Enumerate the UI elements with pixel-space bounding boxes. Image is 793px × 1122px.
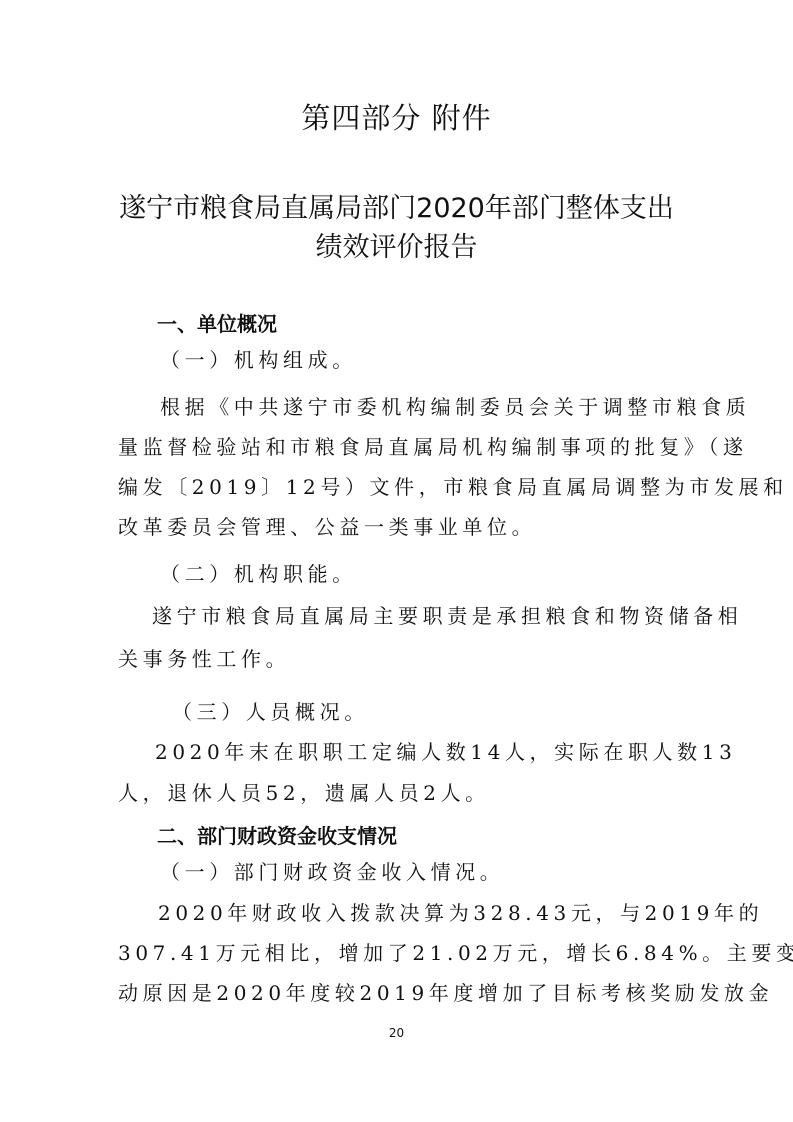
report-title-line1: 遂宁市粮食局直属局部门2020年部门整体支出 (0, 186, 793, 225)
report-title-line2: 绩效评价报告 (0, 225, 793, 264)
paragraph-line: 2020年末在职职工定编人数14人，实际在职人数13 (155, 736, 736, 765)
paragraph-line: 编发〔2019〕12号）文件，市粮食局直属局调整为市发展和 (118, 471, 788, 500)
paragraph-line: 307.41万元相比，增加了21.02万元，增长6.84%。主要变 (118, 937, 793, 966)
paragraph-line: 关事务性工作。 (118, 643, 290, 672)
subsection-heading: （一）机构组成。 (160, 344, 357, 373)
paragraph-line: 根据《中共遂宁市委机构编制委员会关于调整市粮食质 (160, 391, 750, 420)
section-heading: 二、部门财政资金收支情况 (157, 820, 397, 849)
paragraph-line: 人，退休人员52，遗属人员2人。 (118, 777, 490, 806)
paragraph-line: 2020年财政收入拨款决算为328.43元，与2019年的 (158, 897, 763, 926)
paragraph-line: 量监督检验站和市粮食局直属局机构编制事项的批复》（遂 (118, 431, 748, 460)
subsection-heading: （二）机构职能。 (160, 558, 357, 587)
subsection-heading: （一）部门财政资金收入情况。 (160, 856, 504, 885)
paragraph-line: 改革委员会管理、公益一类事业单位。 (118, 511, 536, 540)
paragraph-line: 遂宁市粮食局直属局主要职责是承担粮食和物资储备相 (152, 600, 742, 629)
page-number: 20 (0, 1026, 793, 1040)
subsection-heading: （三）人员概况。 (172, 696, 369, 725)
paragraph-line: 动原因是2020年度较2019年度增加了目标考核奖励发放金 (118, 977, 773, 1006)
part-title: 第四部分 附件 (0, 96, 793, 137)
section-heading: 一、单位概况 (157, 308, 277, 337)
